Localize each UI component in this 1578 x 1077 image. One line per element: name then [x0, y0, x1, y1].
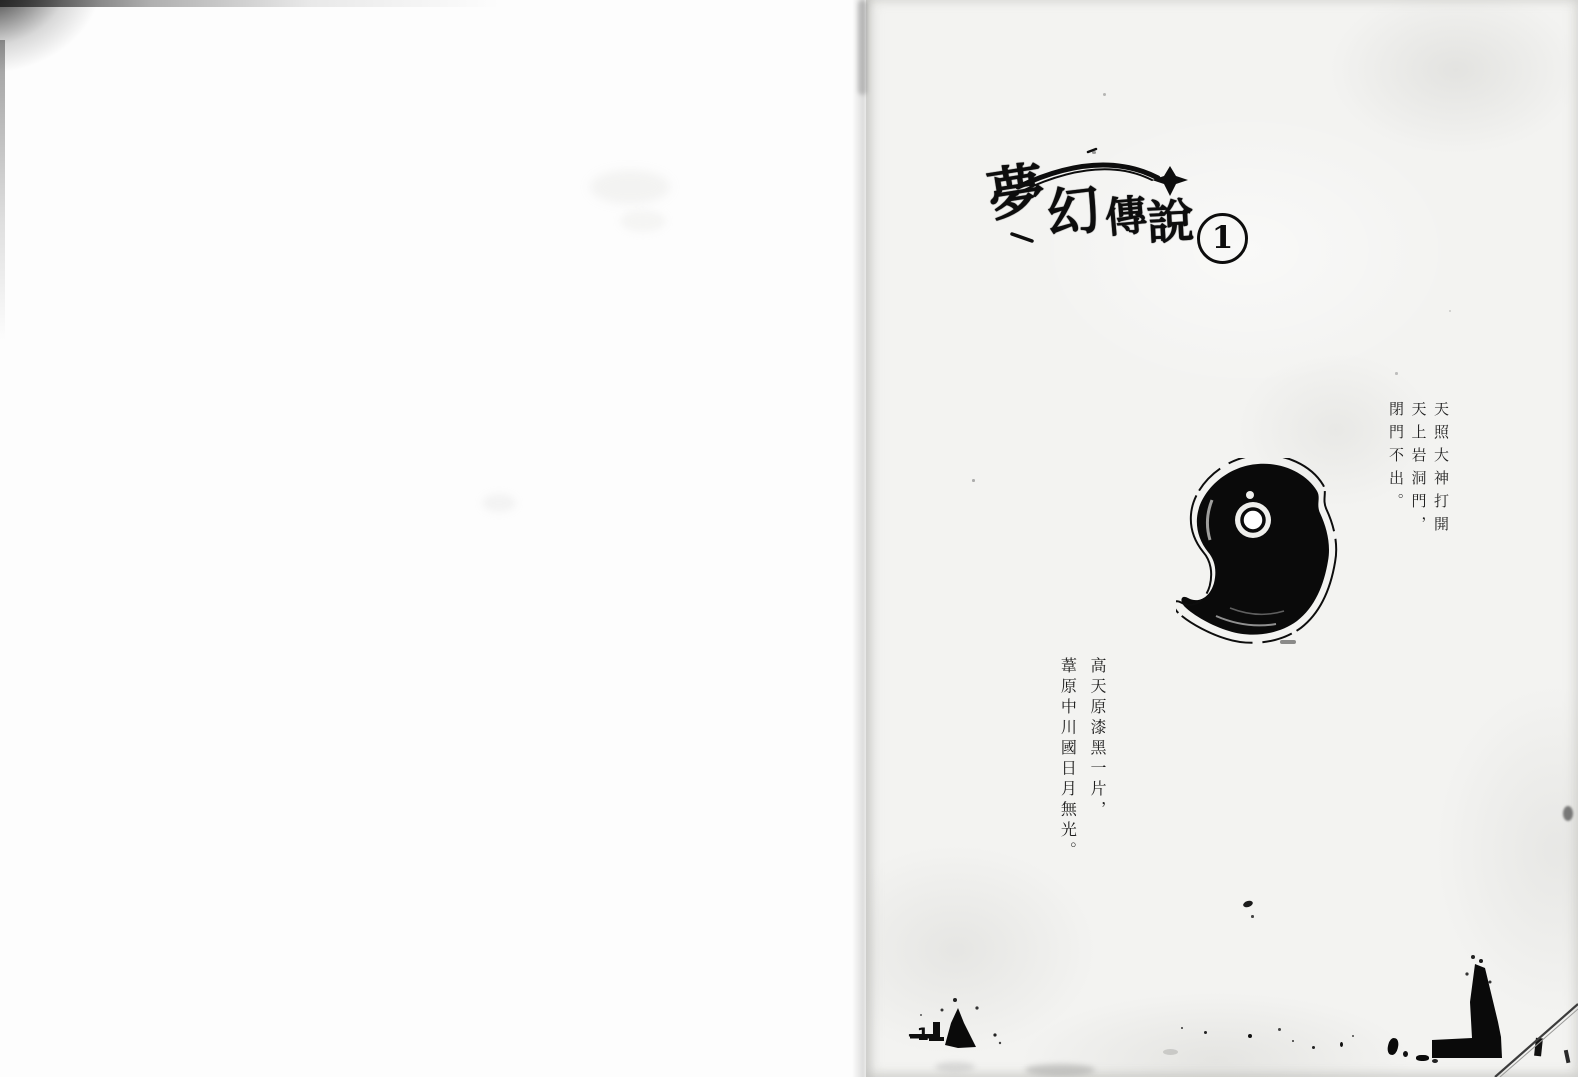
manga-spread: 夢 幻 傳 說 1 天照大神打開 天上岩洞門， 閉門不出。 高天原漆黑一片， 葦… — [0, 0, 1578, 1077]
paper-smudge — [482, 494, 516, 512]
caption-amaterasu: 天照大神打開 天上岩洞門， 閉門不出。 — [1385, 401, 1453, 551]
title-star-icon — [1152, 166, 1188, 196]
page-gutter-shadow-top — [858, 0, 867, 95]
title-char-4: 說 — [1146, 198, 1195, 247]
caption-line: 閉門不出。 — [1385, 401, 1408, 551]
paper-smudge — [590, 170, 670, 204]
volume-number: 1 — [1212, 223, 1234, 254]
paper-smudge — [620, 210, 666, 232]
volume-number-badge: 1 — [1197, 213, 1248, 264]
corner-ink-blob-icon — [1420, 952, 1578, 1077]
title-char-3: 傳 — [1103, 194, 1149, 240]
caption-line: 高天原漆黑一片， — [1082, 657, 1112, 889]
caption-takamagahara: 高天原漆黑一片， 葦原中川國日月無光。 — [1053, 657, 1112, 889]
page-number-area: -1- — [888, 993, 1018, 1063]
title-char-1: 夢 — [984, 161, 1049, 226]
ink-blot-icon — [888, 993, 1018, 1063]
magatama-jewel-illustration — [1176, 458, 1338, 650]
caption-line: 天上岩洞門， — [1407, 401, 1430, 551]
caption-line: 天照大神打開 — [1430, 401, 1453, 551]
title-char-2: 幻 — [1044, 183, 1103, 242]
left-blank-page — [0, 0, 866, 1077]
caption-line: 葦原中川國日月無光。 — [1053, 657, 1083, 889]
